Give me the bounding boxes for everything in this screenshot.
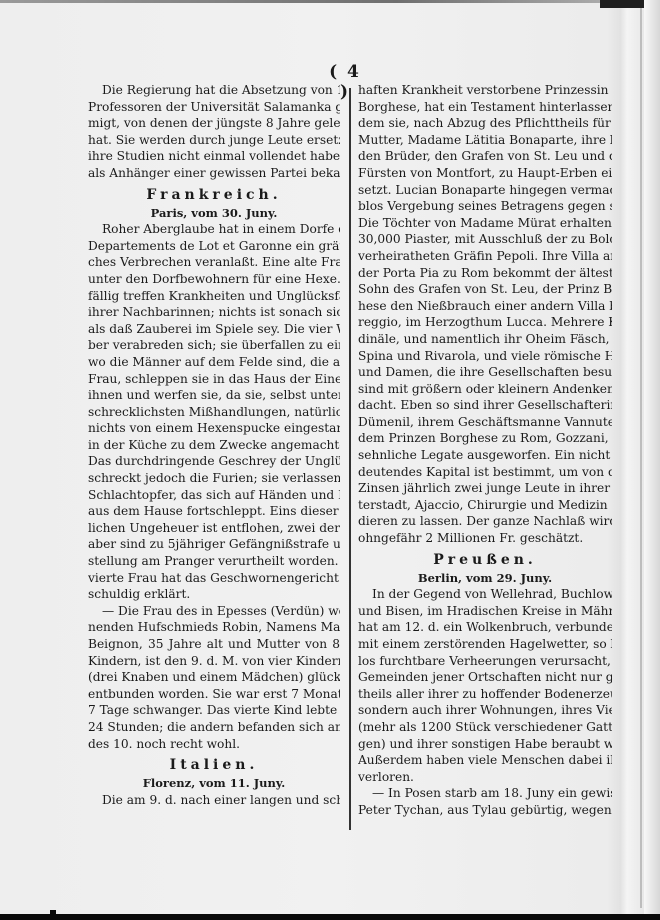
text-line: deutendes Kapital ist bestimmt, um von d… xyxy=(358,464,612,481)
text-line: dem Prinzen Borghese zu Rom, Gozzani, an… xyxy=(358,430,612,447)
text-line: terstadt, Ajaccio, Chirurgie und Medizin… xyxy=(358,497,612,514)
text-line: blos Vergebung seines Betragens gegen si… xyxy=(358,198,612,215)
text-line: vierte Frau hat das Geschwornengericht f… xyxy=(88,570,340,587)
text-line: 7 Tage schwanger. Das vierte Kind lebte … xyxy=(88,702,340,719)
dateline-berlin: Berlin, vom 29. Juny. xyxy=(358,570,612,587)
text-line: hese den Nießbrauch einer andern Villa b… xyxy=(358,298,612,315)
text-line: dinäle, und namentlich ihr Oheim Fäsch, … xyxy=(358,331,612,348)
text-line: 24 Stunden; die andern befanden sich am … xyxy=(88,719,340,736)
text-line: Peter Tychan, aus Tylau gebürtig, wegen … xyxy=(358,802,612,819)
text-line: den Brüder, den Grafen von St. Leu und d… xyxy=(358,148,612,165)
text-line: lichen Ungeheuer ist entflohen, zwei der… xyxy=(88,520,340,537)
text-line: reggio, im Herzogthum Lucca. Mehrere Kar… xyxy=(358,314,612,331)
text-line: nenden Hufschmieds Robin, Namens Maria xyxy=(88,619,340,636)
text-line: als daß Zauberei im Spiele sey. Die vier… xyxy=(88,321,340,338)
text-line: schrecklichsten Mißhandlungen, natürlich… xyxy=(88,404,340,421)
text-line: Beignon, 35 Jahre alt und Mutter von 8 xyxy=(88,636,340,653)
section-heading-preussen: Preußen. xyxy=(358,550,612,570)
text-line: und Bisen, im Hradischen Kreise in Mähre… xyxy=(358,603,612,620)
text-line: fällig treffen Krankheiten und Unglücksf… xyxy=(88,288,340,305)
section-heading-frankreich: Frankreich. xyxy=(88,185,340,205)
text-line: aus dem Hause fortschleppt. Eins dieser … xyxy=(88,503,340,520)
text-line: sind mit größern oder kleinern Andenken … xyxy=(358,381,612,398)
text-line: (drei Knaben und einem Mädchen) glücklic… xyxy=(88,669,340,686)
text-line: Dümenil, ihrem Geschäftsmanne Vannutelli… xyxy=(358,414,612,431)
text-line: entbunden worden. Sie war erst 7 Monate xyxy=(88,686,340,703)
dateline-florenz: Florenz, vom 11. Juny. xyxy=(88,775,340,792)
text-line: dem sie, nach Abzug des Pflichttheils fü… xyxy=(358,115,612,132)
posen-article: — In Posen starb am 18. Juny ein gewisse… xyxy=(358,785,612,818)
bottom-scan-border xyxy=(0,914,660,920)
text-line: Die Regierung hat die Absetzung von 18 xyxy=(88,82,340,99)
paris-article: Roher Aberglaube hat in einem Dorfe des … xyxy=(88,221,340,603)
text-line: schreckt jedoch die Furien; sie verlasse… xyxy=(88,470,340,487)
text-line: Fürsten von Montfort, zu Haupt-Erben ein… xyxy=(358,165,612,182)
top-scan-edge xyxy=(0,0,660,3)
text-line: dieren zu lassen. Der ganze Nachlaß wird… xyxy=(358,513,612,530)
text-line: gen) und ihrer sonstigen Habe beraubt wu… xyxy=(358,736,612,753)
text-line: verloren. xyxy=(358,769,612,786)
spain-article: Die Regierung hat die Absetzung von 18 P… xyxy=(88,82,340,182)
text-line: Departements de Lot et Garonne ein gräul… xyxy=(88,238,340,255)
text-line: Roher Aberglaube hat in einem Dorfe des xyxy=(88,221,340,238)
text-line: als Anhänger einer gewissen Partei bekan… xyxy=(88,165,340,182)
text-line: hat am 12. d. ein Wolkenbruch, verbunden xyxy=(358,619,612,636)
section-heading-italien: Italien. xyxy=(88,755,340,775)
text-line: Gemeinden jener Ortschaften nicht nur gr… xyxy=(358,669,612,686)
dateline-paris: Paris, vom 30. Juny. xyxy=(88,205,340,222)
text-line: Die am 9. d. nach einer langen und schme… xyxy=(88,792,340,809)
bottom-scan-notch xyxy=(50,910,56,914)
text-line: hat. Sie werden durch junge Leute ersetz… xyxy=(88,132,340,149)
text-line: Die Töchter von Madame Mürat erhalten je… xyxy=(358,215,612,232)
text-line: 30,000 Piaster, mit Ausschluß der zu Bol… xyxy=(358,231,612,248)
page-fold-line xyxy=(640,8,642,908)
next-page-edge xyxy=(644,0,660,920)
left-column: Die Regierung hat die Absetzung von 18 P… xyxy=(88,82,340,808)
text-line: aber sind zu 5jähriger Gefängnißstrafe u… xyxy=(88,536,340,553)
text-line: der Porta Pia zu Rom bekommt der älteste xyxy=(358,265,612,282)
text-line: des 10. noch recht wohl. xyxy=(88,736,340,753)
text-line: stellung am Pranger verurtheilt worden. … xyxy=(88,553,340,570)
text-line: Das durchdringende Geschrey der Unglückl… xyxy=(88,453,340,470)
florenz-article: Die am 9. d. nach einer langen und schme… xyxy=(88,792,340,809)
text-line: ohngefähr 2 Millionen Fr. geschätzt. xyxy=(358,530,612,547)
text-line: los furchtbare Verheerungen verursacht, … xyxy=(358,653,612,670)
text-line: unter den Dorfbewohnern für eine Hexe. Z… xyxy=(88,271,340,288)
berlin-article: In der Gegend von Wellehrad, Buchlowitz … xyxy=(358,586,612,785)
text-line: mit einem zerstörenden Hagelwetter, so b… xyxy=(358,636,612,653)
text-line: nichts von einem Hexenspucke eingestand,… xyxy=(88,420,340,437)
text-line: — In Posen starb am 18. Juny ein gewisse… xyxy=(358,785,612,802)
text-line: ches Verbrechen veranlaßt. Eine alte Fra… xyxy=(88,254,340,271)
text-line: ber verabreden sich; sie überfallen zu e… xyxy=(88,337,340,354)
text-line: wo die Männer auf dem Felde sind, die al… xyxy=(88,354,340,371)
text-line: haften Krankheit verstorbene Prinzessin … xyxy=(358,82,612,99)
text-line: Schlachtopfer, das sich auf Händen und F… xyxy=(88,487,340,504)
text-line: (mehr als 1200 Stück verschiedener Gattu… xyxy=(358,719,612,736)
text-line: Außerdem haben viele Menschen dabei ihr … xyxy=(358,752,612,769)
text-line: Frau, schleppen sie in das Haus der Eine… xyxy=(88,371,340,388)
text-line: Borghese, hat ein Testament hinterlassen… xyxy=(358,99,612,116)
text-line: in der Küche zu dem Zwecke angemachtes F… xyxy=(88,437,340,454)
text-line: In der Gegend von Wellehrad, Buchlowitz xyxy=(358,586,612,603)
text-line: Spina und Rivarola, und viele römische H… xyxy=(358,348,612,365)
text-line: ihnen und werfen sie, da sie, selbst unt… xyxy=(88,387,340,404)
florenz-article-continued: haften Krankheit verstorbene Prinzessin … xyxy=(358,82,612,547)
text-line: Mutter, Madame Lätitia Bonaparte, ihre b… xyxy=(358,132,612,149)
text-line: setzt. Lucian Bonaparte hingegen vermach… xyxy=(358,182,612,199)
column-divider xyxy=(349,88,351,830)
text-line: Sohn des Grafen von St. Leu, der Prinz B… xyxy=(358,281,612,298)
text-line: ihrer Nachbarinnen; nichts ist sonach si… xyxy=(88,304,340,321)
text-line: sehnliche Legate ausgeworfen. Ein nicht … xyxy=(358,447,612,464)
right-column: haften Krankheit verstorbene Prinzessin … xyxy=(358,82,612,819)
text-line: migt, von denen der jüngste 8 Jahre gele… xyxy=(88,115,340,132)
text-line: Professoren der Universität Salamanka ge… xyxy=(88,99,340,116)
epesses-article: — Die Frau des in Epesses (Verdün) woh- … xyxy=(88,603,340,752)
text-line: Zinsen jährlich zwei junge Leute in ihre… xyxy=(358,480,612,497)
scanned-page: ( 4 ) Die Regierung hat die Absetzung vo… xyxy=(0,0,660,920)
text-line: — Die Frau des in Epesses (Verdün) woh- xyxy=(88,603,340,620)
text-line: dacht. Eben so sind ihrer Gesellschafter… xyxy=(358,397,612,414)
text-line: sondern auch ihrer Wohnungen, ihres Vieh… xyxy=(358,702,612,719)
text-line: theils aller ihrer zu hoffender Bodenerz… xyxy=(358,686,612,703)
text-line: Kindern, ist den 9. d. M. von vier Kinde… xyxy=(88,653,340,670)
text-line: ihre Studien nicht einmal vollendet habe… xyxy=(88,148,340,165)
text-line: und Damen, die ihre Gesellschaften besuc… xyxy=(358,364,612,381)
text-line: verheiratheten Gräfin Pepoli. Ihre Villa… xyxy=(358,248,612,265)
text-line: schuldig erklärt. xyxy=(88,586,340,603)
